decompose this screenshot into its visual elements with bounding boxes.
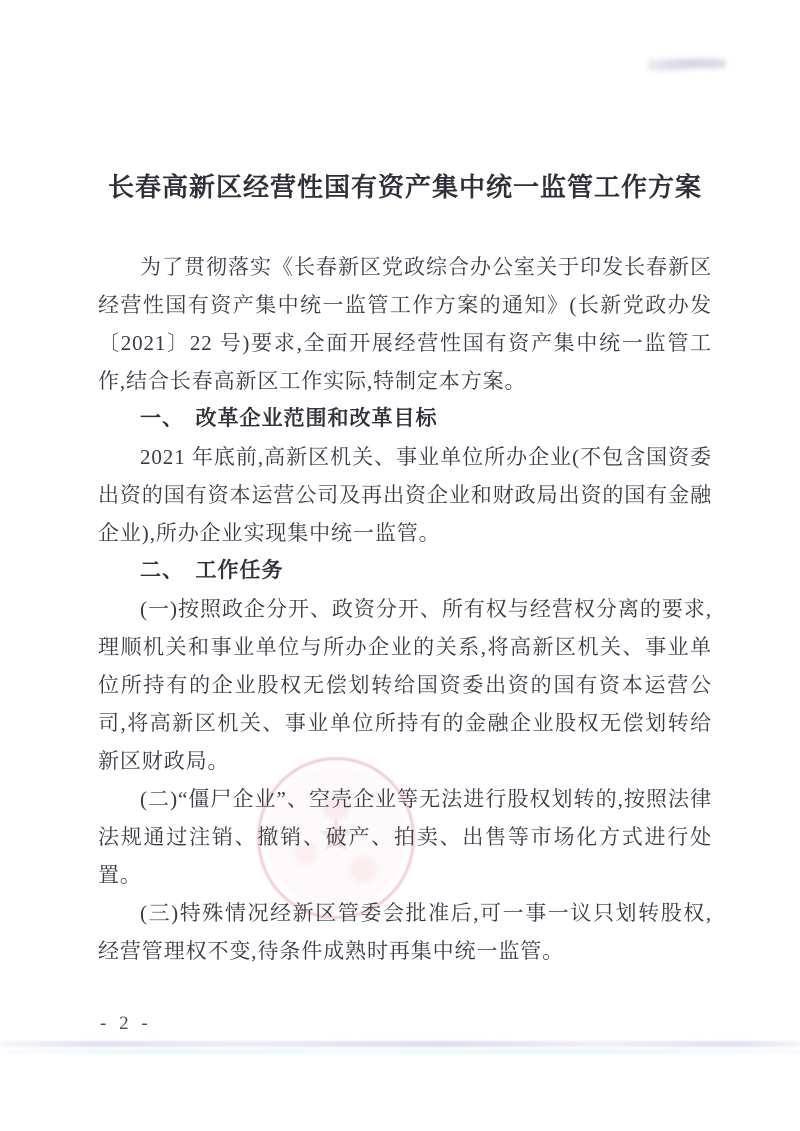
section-heading-2: 二、 工作任务 xyxy=(98,552,712,590)
paragraph-intro: 为了贯彻落实《长春新区党政综合办公室关于印发长春新区经营性国有资产集中统一监管工… xyxy=(98,248,712,400)
section-heading-1: 一、 改革企业范围和改革目标 xyxy=(98,400,712,438)
paragraph-scope-goal: 2021 年底前,高新区机关、事业单位所办企业(不包含国资委出资的国有资本运营公… xyxy=(98,438,712,552)
paragraph-task-3: (三)特殊情况经新区管委会批准后,可一事一议只划转股权,经营管理权不变,待条件成… xyxy=(98,894,712,970)
page-number: - 2 - xyxy=(100,1013,152,1035)
scan-band-artifact-2 xyxy=(0,1049,800,1054)
document-body: 长春高新区经营性国有资产集中统一监管工作方案 为了贯彻落实《长春新区党政综合办公… xyxy=(98,168,712,970)
document-title: 长春高新区经营性国有资产集中统一监管工作方案 xyxy=(98,168,712,206)
scanned-document-page: ★ 长春高新区经营性国有资产集中统一监管工作方案 为了贯彻落实《长春新区党政综合… xyxy=(0,0,800,1131)
scan-band-artifact xyxy=(0,1041,800,1047)
scan-artifact-smudge xyxy=(648,52,726,74)
paragraph-task-2: (二)“僵尸企业”、空壳企业等无法进行股权划转的,按照法律法规通过注销、撤销、破… xyxy=(98,780,712,894)
paragraph-task-1: (一)按照政企分开、政资分开、所有权与经营权分离的要求,理顺机关和事业单位与所办… xyxy=(98,590,712,780)
